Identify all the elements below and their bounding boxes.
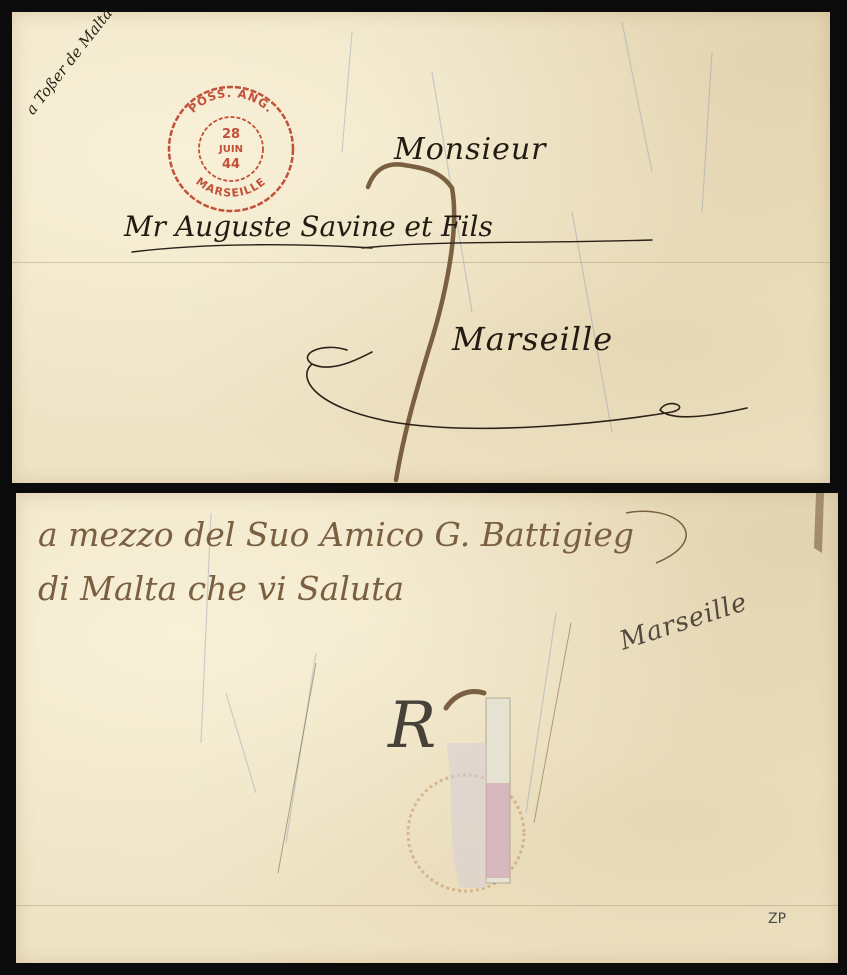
receipt-initial: R [388, 689, 436, 763]
address-line-city: Marseille [452, 320, 613, 358]
front-artwork [12, 12, 830, 483]
docketing-line-1: a mezzo del Suo Amico G. Battigieg [38, 515, 634, 554]
docketing-line-2: di Malta che vi Saluta [38, 569, 404, 608]
stain [814, 493, 824, 553]
letter-back-panel: a mezzo del Suo Amico G. Battigieg di Ma… [16, 493, 838, 963]
address-line-recipient: Mr Auguste Savine et Fils [124, 210, 493, 243]
postmark [169, 87, 293, 211]
address-flourish [307, 347, 747, 428]
letter-front-panel: POSS. ANG. MARSEILLE 28 JUIN 44 a Toßer … [12, 12, 830, 483]
address-line-salutation: Monsieur [394, 132, 547, 167]
corner-note: ZP [768, 911, 786, 927]
